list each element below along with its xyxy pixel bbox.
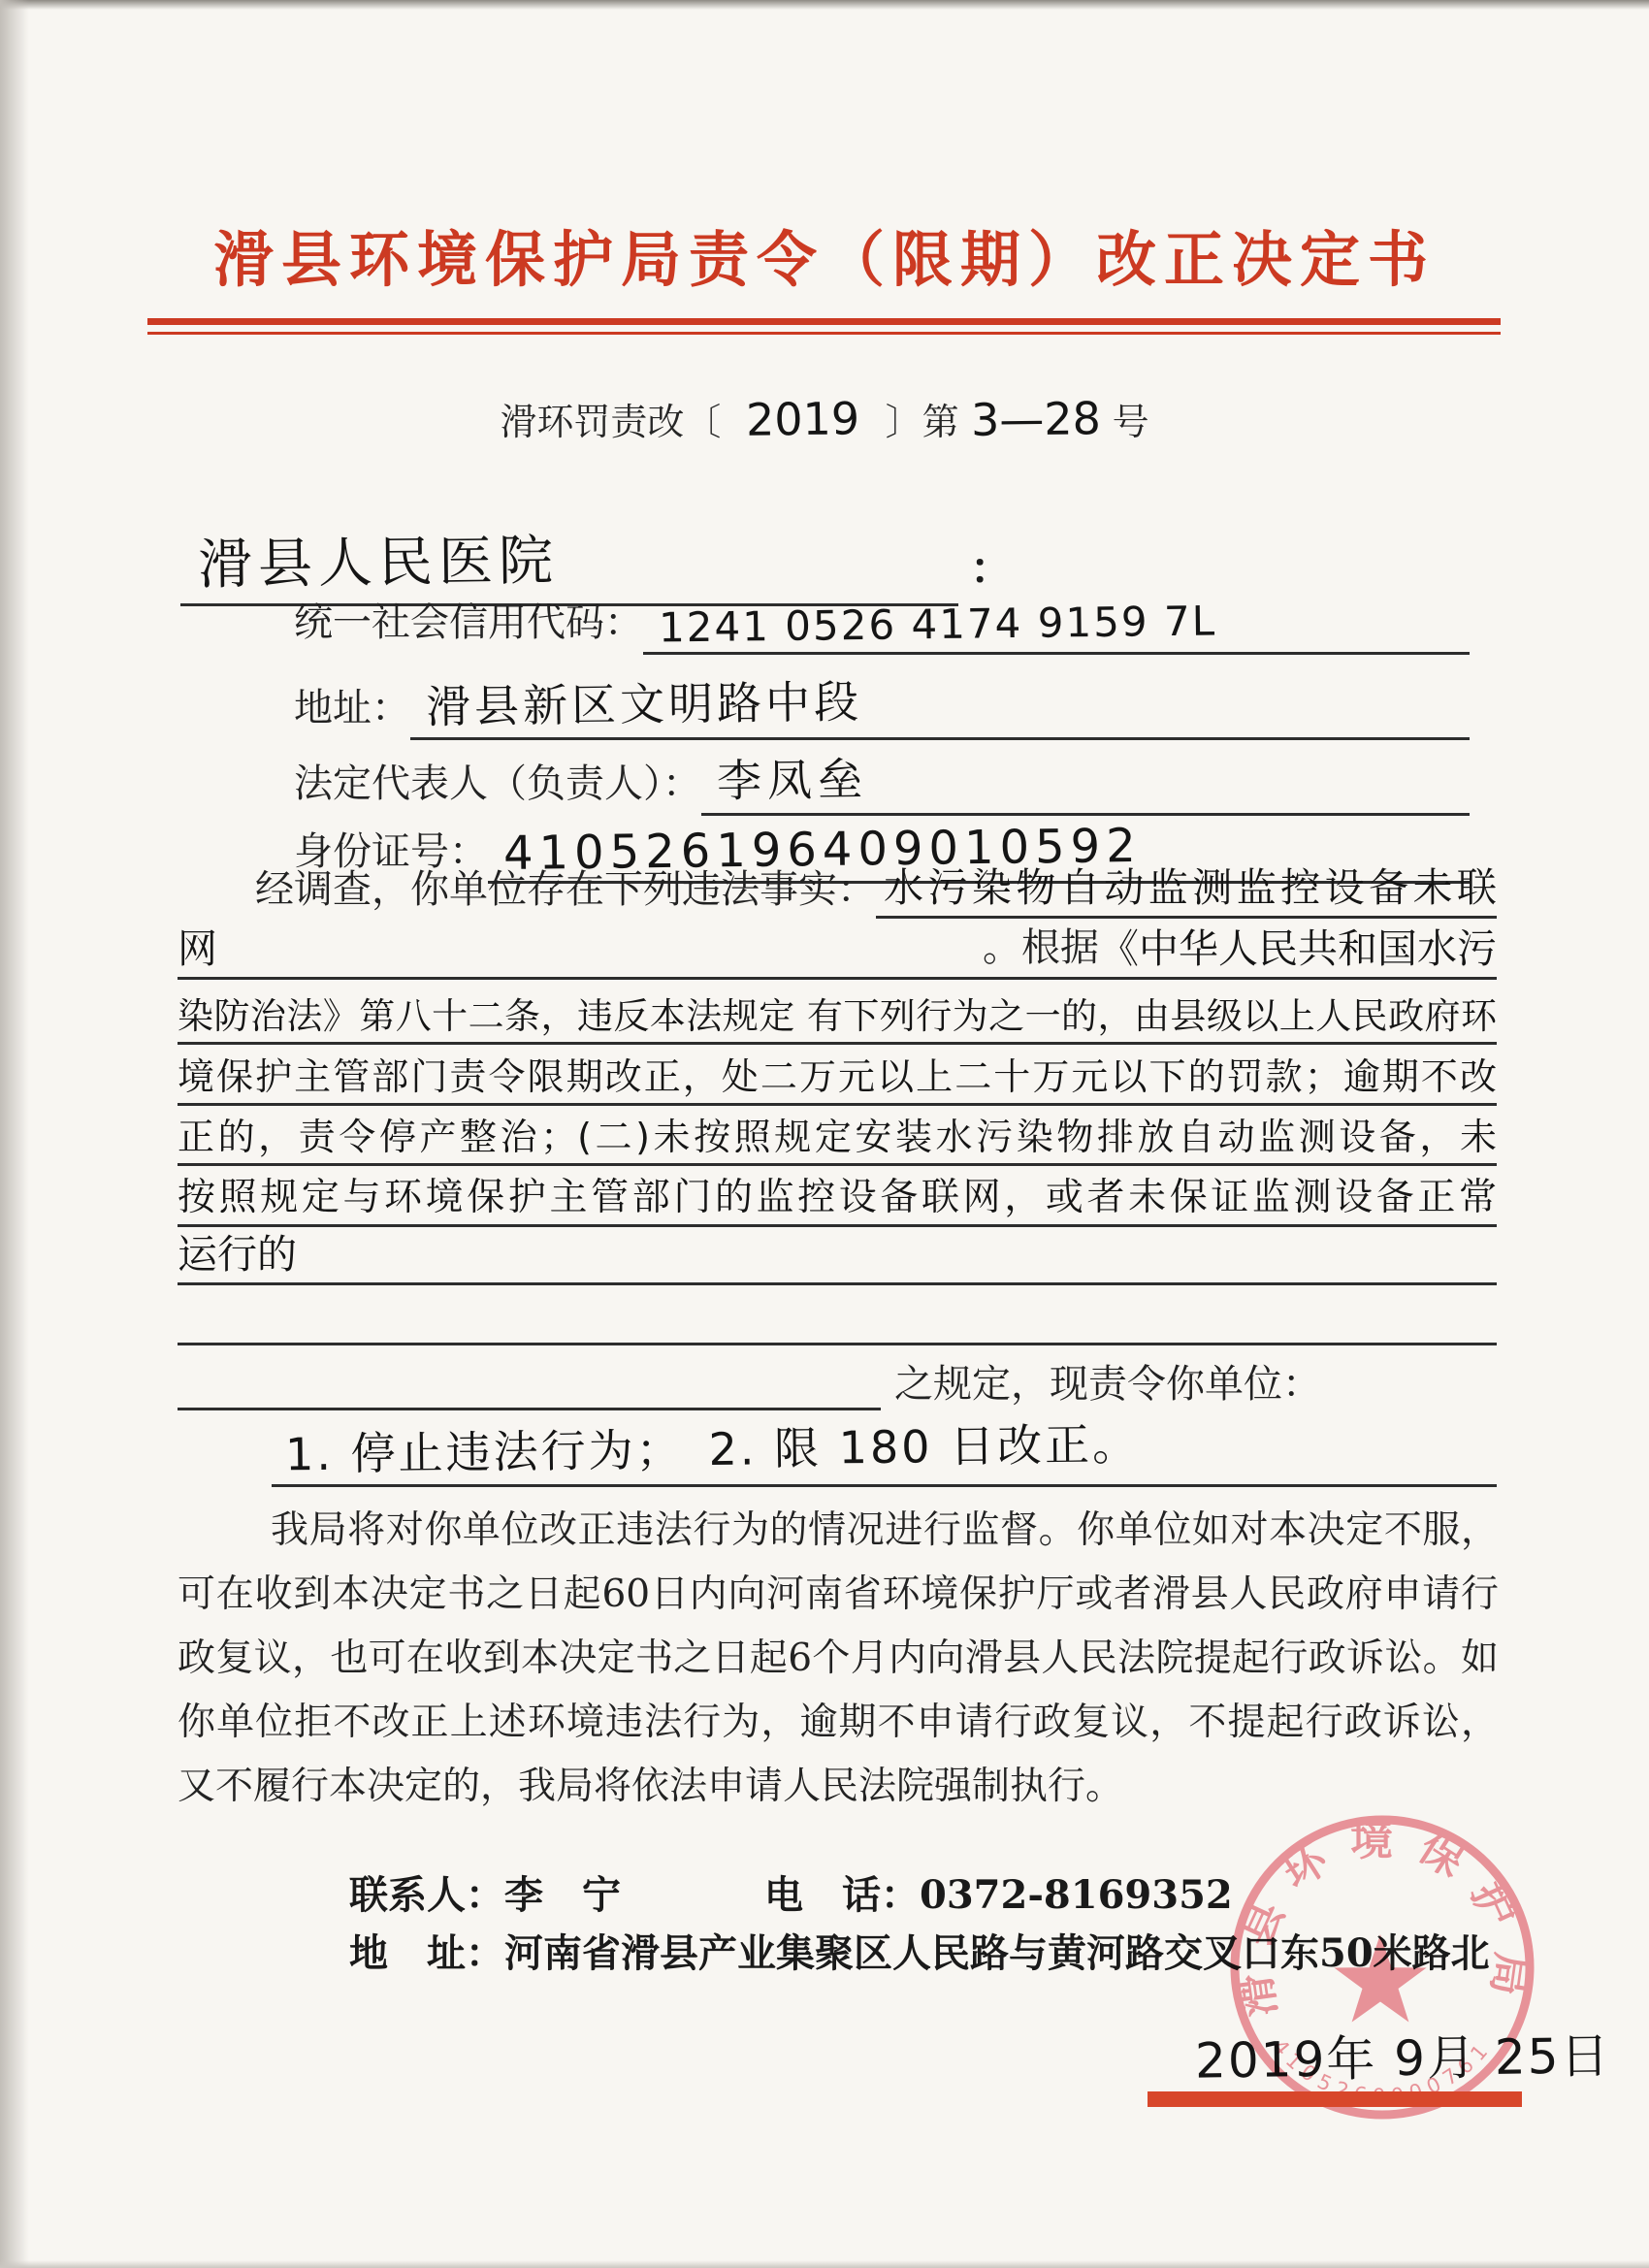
address-underline: 滑县新区文明路中段 — [410, 669, 1470, 740]
red-bar-artifact — [1148, 2091, 1522, 2107]
investigation-lead: 经调查，你单位存在下列违法事实： — [178, 859, 876, 919]
recipient-colon: ： — [970, 534, 1013, 596]
scan-edge-left — [0, 0, 29, 2268]
docno-year-handwritten: 2019 — [746, 392, 860, 445]
law-line-6-handwritten: 运行的 — [178, 1222, 297, 1282]
contact-person-line: 联系人：李 宁 — [349, 1864, 621, 1920]
investigation-empty-line — [178, 1291, 1497, 1345]
field-legal-rep: 法定代表人（负责人）： 李凤垒 — [294, 745, 1470, 816]
investigation-line-7: 运行的 — [178, 1231, 1497, 1285]
contact-person-label: 联系人： — [349, 1872, 504, 1918]
order-items-line: 1. 停止违法行为； 2. 限 180 日改正。 — [272, 1414, 1497, 1487]
credit-code-underline: 1241 0526 4174 9159 7L — [643, 600, 1470, 655]
field-address: 地址： 滑县新区文明路中段 — [294, 669, 1470, 740]
law-line-4-handwritten: 正的，责令停产整治；(二)未按照规定安装水污染物排放自动监测设备，未 — [178, 1107, 1497, 1163]
investigation-line-3: 染防治法》第八十二条，违反本法规定 有下列行为之一的，由县级以上人民政府环 — [178, 990, 1497, 1045]
scanned-document-page: 滑县环境保护局责令（限期）改正决定书 滑环罚责改〔 2019 〕第 3—28 号… — [0, 0, 1649, 2268]
document-number: 滑环罚责改〔 2019 〕第 3—28 号 — [0, 392, 1649, 445]
investigation-line-4: 境保护主管部门责令限期改正，处二万元以上二十万元以下的罚款；逾期不改 — [178, 1052, 1497, 1106]
docno-number-handwritten: 3—28 — [970, 392, 1100, 446]
credit-code-label: 统一社会信用代码： — [294, 592, 643, 655]
scan-edge-bottom — [0, 2260, 1649, 2268]
investigation-line-2: 网 。根据 《中华人民共和国水污 — [178, 925, 1497, 980]
legal-rep-label: 法定代表人（负责人）： — [294, 753, 701, 816]
title-divider-double-line — [147, 318, 1501, 335]
investigation-line-6: 按照规定与环境保护主管部门的监控设备联网，或者未保证监测设备正常 — [178, 1173, 1497, 1227]
legal-rep-underline: 李凤垒 — [701, 745, 1470, 816]
contact-phone-label: 电 话： — [764, 1872, 920, 1918]
order-lead-line: 之规定，现责令你单位： — [178, 1362, 1385, 1410]
contact-phone-line: 电 话：0372-8169352 — [764, 1864, 1233, 1920]
investigation-line-5: 正的，责令停产整治；(二)未按照规定安装水污染物排放自动监测设备，未 — [178, 1112, 1497, 1166]
document-title: 滑县环境保护局责令（限期）改正决定书 — [0, 211, 1649, 298]
address-value-handwritten: 滑县新区文明路中段 — [426, 666, 863, 735]
docno-mid: 〕第 — [886, 401, 959, 443]
contact-phone-number: 0372-8169352 — [920, 1872, 1233, 1918]
order-lead: 之规定，现责令你单位： — [881, 1353, 1321, 1410]
credit-code-value-handwritten: 1241 0526 4174 9159 7L — [659, 597, 1217, 651]
fact-line-1-handwritten: 水污染物自动监测监控设备未联 — [876, 856, 1497, 919]
recipient-name-handwritten: 滑县人民医院 — [198, 518, 560, 600]
field-credit-code: 统一社会信用代码： 1241 0526 4174 9159 7L — [294, 592, 1470, 655]
blank-underline — [178, 1362, 881, 1410]
legal-rep-value-handwritten: 李凤垒 — [717, 744, 869, 810]
docno-prefix: 滑环罚责改〔 — [500, 401, 721, 443]
docno-suffix: 号 — [1113, 401, 1149, 443]
scan-edge-top — [0, 0, 1649, 10]
supervision-paragraph: 我局将对你单位改正违法行为的情况进行监督。你单位如对本决定不服，可在收到本决定书… — [178, 1499, 1499, 1819]
law-line-1-handwritten: 《中华人民共和国水污 — [1099, 917, 1497, 977]
law-line-3-handwritten: 境保护主管部门责令限期改正，处二万元以上二十万元以下的罚款；逾期不改 — [178, 1047, 1497, 1103]
contact-person-name: 李 宁 — [504, 1872, 621, 1918]
official-seal: 滑县环境保护局 4105260000761 — [1215, 1797, 1555, 2136]
basis-lead: 。根据 — [983, 917, 1099, 977]
law-line-2-handwritten: 染防治法》第八十二条，违反本法规定 有下列行为之一的，由县级以上人民政府环 — [178, 987, 1497, 1042]
contact-address-label: 地 址： — [349, 1930, 504, 1976]
seal-star-icon — [1334, 1934, 1426, 2023]
order-items-handwritten: 1. 停止违法行为； 2. 限 180 日改正。 — [285, 1409, 1141, 1484]
law-line-5-handwritten: 按照规定与环境保护主管部门的监控设备联网，或者未保证监测设备正常 — [178, 1167, 1497, 1224]
address-label: 地址： — [294, 677, 410, 740]
investigation-line-1: 经调查，你单位存在下列违法事实： 水污染物自动监测监控设备未联 — [178, 864, 1497, 919]
fact-line-2-handwritten: 网 — [178, 917, 217, 977]
